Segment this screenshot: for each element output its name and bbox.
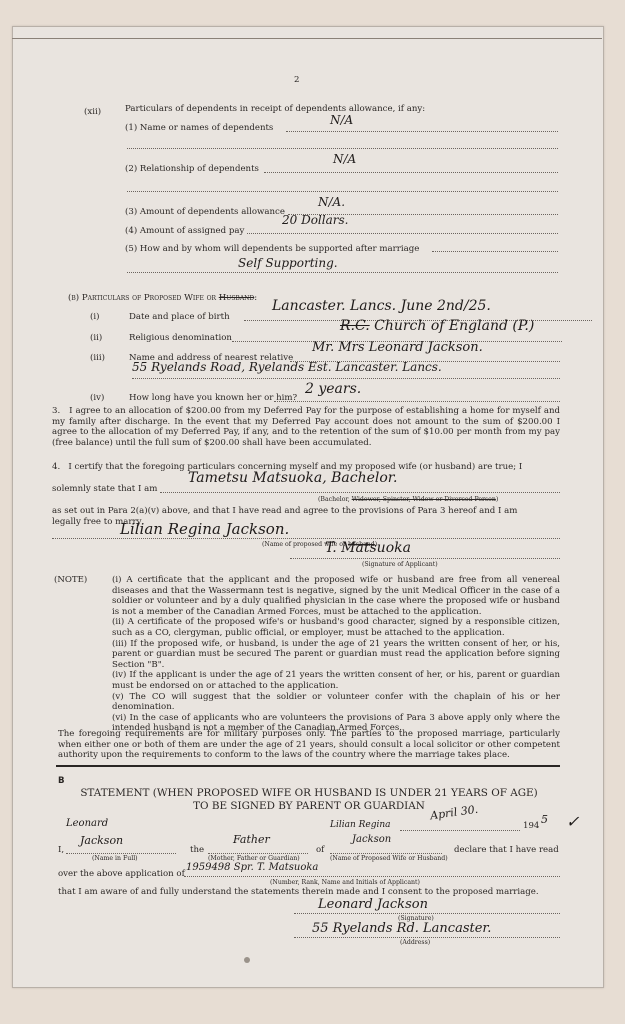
known-label: How long have you known her or him? [129, 393, 297, 404]
dependents-support-label: (5) How and by whom will dependents be s… [125, 244, 419, 255]
applicant-signature-caption: (Signature of Applicant) [362, 561, 438, 568]
note-item: (iv) If the applicant is under the age o… [112, 670, 560, 691]
section-xii-heading: Particulars of dependents in receipt of … [125, 104, 425, 115]
consent-text: that I am aware of and fully understand … [58, 887, 539, 898]
note-item: (iii) If the proposed wife, or husband, … [112, 639, 560, 671]
para-text: I agree to an allocation of $200.00 from… [52, 406, 560, 448]
known-value: 2 years. [305, 381, 361, 397]
section-b-letter: B [58, 776, 65, 787]
dotted-line [132, 378, 560, 379]
dotted-line [208, 853, 308, 854]
dependents-relationship-label: (2) Relationship of dependents [125, 164, 259, 175]
note-list: (i) A certificate that the applicant and… [112, 575, 560, 734]
guardian-name-caption: (Name in Full) [92, 855, 138, 862]
assigned-pay-label: (4) Amount of assigned pay [125, 226, 244, 237]
applicant-signature-value: T. Matsuoka [325, 540, 411, 556]
guardian-name-line2: Jackson [80, 834, 123, 847]
note-label: (NOTE) [54, 575, 87, 586]
declare-text: declare that I have read [454, 845, 559, 856]
dotted-line [184, 876, 560, 877]
proposed-name-caption: (Name of Proposed Wife or Husband) [330, 855, 448, 862]
solemnly-state-label: solemnly state that I am [52, 484, 157, 495]
dotted-line [127, 148, 558, 149]
dotted-line [400, 830, 520, 831]
spouse-name-value: Lilian Regina Jackson. [120, 520, 289, 538]
title-line2: TO BE SIGNED BY PARENT OR GUARDIAN [58, 800, 560, 813]
dotted-line [286, 131, 558, 132]
marital-status-value: Tametsu Matsuoka, Bachelor. [188, 470, 397, 486]
dependents-allowance-value: N/A. [318, 195, 345, 209]
known-roman: (iv) [90, 393, 104, 404]
caption-text: (Bachelor, [318, 496, 352, 503]
the-label: the [190, 845, 204, 856]
birth-value: Lancaster. Lancs. June 2nd/25. [272, 298, 491, 314]
guardian-signature-value: Leonard Jackson [318, 897, 428, 912]
dotted-line [160, 492, 560, 493]
dotted-line [264, 172, 558, 173]
heading-struck: Husband [219, 293, 254, 303]
page-top-edge [12, 26, 602, 39]
section-b-title: STATEMENT (WHEN PROPOSED WIFE OR HUSBAND… [58, 787, 560, 813]
religion-text: Church of England (P.) [374, 318, 534, 334]
birth-roman: (i) [90, 312, 99, 323]
guardian-address-caption: (Address) [400, 939, 430, 946]
dotted-line [290, 558, 560, 559]
dependents-relationship-value: N/A [333, 152, 356, 166]
caption-end: ) [496, 496, 498, 503]
title-line1: STATEMENT (WHEN PROPOSED WIFE OR HUSBAND… [58, 787, 560, 800]
dotted-line [127, 191, 558, 192]
para-number: 4. [52, 462, 60, 472]
i-label: I, [58, 845, 64, 856]
note-item: (v) The CO will suggest that the soldier… [112, 692, 560, 713]
note-footer: The foregoing requirements are for milit… [58, 729, 560, 761]
caption-struck: Widower, Spinster, Widow or Divorced Per… [352, 496, 496, 503]
proposed-name-line2: Jackson [352, 834, 391, 845]
check-mark-icon: ✓ [566, 812, 579, 831]
birth-label: Date and place of birth [129, 312, 230, 323]
applicant-details-caption: (Number, Rank, Name and Initials of Appl… [270, 879, 420, 886]
proposed-name-line1: Lilian Regina [330, 820, 391, 830]
dotted-line [66, 853, 176, 854]
relative-address-value: 55 Ryelands Road, Ryelands Est. Lancaste… [132, 360, 442, 374]
guardian-address-value: 55 Ryelands Rd. Lancaster. [312, 921, 491, 936]
hole-punch-mark [244, 957, 250, 963]
guardian-name-line1: Leonard [66, 818, 108, 829]
over-application-text: over the above application of [58, 869, 185, 880]
assigned-pay-value: 20 Dollars. [282, 213, 348, 227]
dotted-line [247, 233, 558, 234]
note-item: (ii) A certificate of the proposed wife'… [112, 617, 560, 638]
section-divider [56, 765, 560, 767]
paragraph-4-line3: as set out in Para 2(a)(v) above, and th… [52, 506, 517, 517]
heading-text: Particulars of Proposed Wife or [82, 293, 219, 303]
year-value: 5 [541, 813, 548, 826]
applicant-details-value: 1959498 Spr. T. Matsuoka [186, 862, 318, 873]
para-number: 3. [52, 406, 60, 416]
dependents-allowance-label: (3) Amount of dependents allowance [125, 207, 285, 218]
dotted-line [330, 853, 442, 854]
religion-value: R.C. Church of England (P.) [340, 318, 534, 334]
page-number: 2 [294, 75, 299, 86]
guardian-relation-value: Father [233, 833, 270, 846]
note-item: (i) A certificate that the applicant and… [112, 575, 560, 617]
dependents-names-value: N/A [330, 113, 353, 127]
religion-roman: (ii) [90, 333, 102, 344]
dependents-names-label: (1) Name or names of dependents [125, 123, 273, 134]
religion-label: Religious denomination [129, 333, 232, 344]
dotted-line [52, 538, 560, 539]
paragraph-3: 3. I agree to an allocation of $200.00 f… [52, 406, 560, 448]
heading-suffix: : [254, 293, 257, 303]
section-xii-roman: (xii) [84, 107, 101, 118]
year-prefix: 194 [523, 821, 539, 832]
heading-prefix: (b) [68, 293, 79, 303]
dotted-line [294, 913, 560, 914]
dotted-line [432, 251, 558, 252]
dotted-line [294, 937, 560, 938]
relative-roman: (iii) [90, 353, 105, 364]
guardian-relation-caption: (Mother, Father or Guardian) [208, 855, 300, 862]
relative-name-value: Mr. Mrs Leonard Jackson. [312, 340, 483, 355]
dotted-line [127, 272, 558, 273]
dotted-line [274, 401, 560, 402]
proposed-spouse-heading: (b) Particulars of Proposed Wife or Husb… [68, 293, 257, 304]
marital-status-caption: (Bachelor, Widower, Spinster, Widow or D… [318, 496, 498, 503]
of-label: of [316, 845, 324, 856]
dependents-support-value: Self Supporting. [238, 256, 338, 270]
religion-struck: R.C. [340, 318, 370, 334]
